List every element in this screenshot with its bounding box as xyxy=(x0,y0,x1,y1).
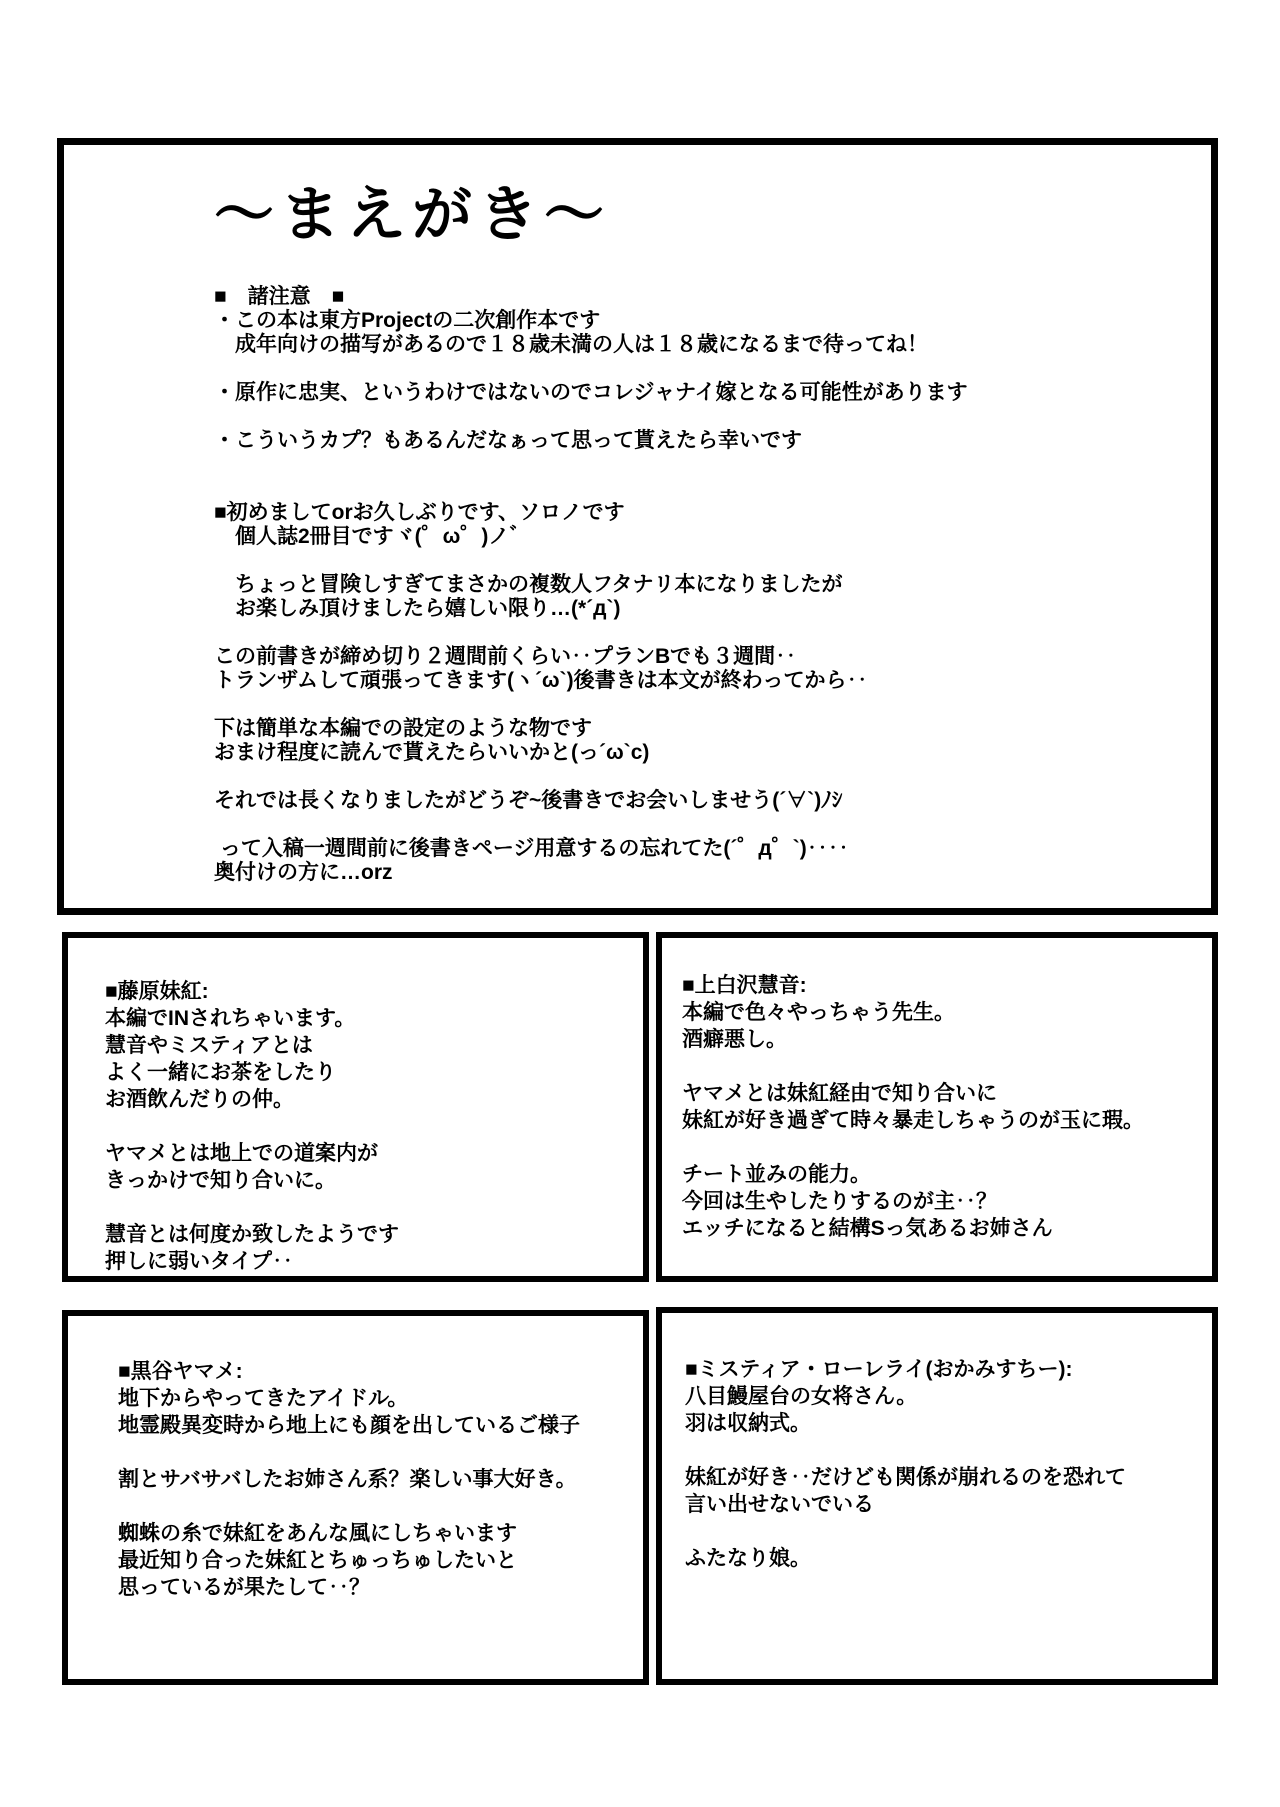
text-line: お酒飲んだりの仲。 xyxy=(105,1086,625,1113)
text-line: 妹紅が好き過ぎて時々暴走しちゃうのが玉に瑕。 xyxy=(682,1107,1196,1134)
text-line: ・この本は東方Projectの二次創作本です xyxy=(214,309,1181,333)
text-line: 慧音やミスティアとは xyxy=(105,1032,625,1059)
text-line xyxy=(105,1113,625,1140)
character-box-mystia: ■ミスティア・ローレライ(おかみすちー):八目鰻屋台の女将さん。羽は収納式。妹紅… xyxy=(656,1307,1218,1685)
character-text-yamame: ■黒谷ヤマメ:地下からやってきたアイドル。地霊殿異変時から地上にも顔を出している… xyxy=(118,1358,625,1601)
text-line: ■藤原妹紅: xyxy=(105,978,625,1005)
text-line: 個人誌2冊目ですヾ(゜ω゜)ノ゛ xyxy=(214,525,1181,549)
text-line: 最近知り合った妹紅とちゅっちゅしたいと xyxy=(118,1547,625,1574)
character-text-keine: ■上白沢慧音:本編で色々やっちゃう先生。酒癖悪し。ヤマメとは妹紅経由で知り合いに… xyxy=(682,972,1196,1242)
text-line: エッチになると結構Sっ気あるお姉さん xyxy=(682,1215,1196,1242)
text-line xyxy=(685,1437,1196,1464)
text-line xyxy=(214,477,1181,501)
text-line: ・こういうカプ？もあるんだなぁって思って貰えたら幸いです xyxy=(214,429,1181,453)
text-line xyxy=(214,549,1181,573)
text-line: それでは長くなりましたがどうぞ~後書きでお会いしませう(´∀`)ﾉｼ xyxy=(214,789,1181,813)
text-line xyxy=(214,453,1181,477)
text-line: ■ミスティア・ローレライ(おかみすちー): xyxy=(685,1356,1196,1383)
text-line: きっかけで知り合いに。 xyxy=(105,1167,625,1194)
character-text-mystia: ■ミスティア・ローレライ(おかみすちー):八目鰻屋台の女将さん。羽は収納式。妹紅… xyxy=(685,1356,1196,1572)
text-line: 地下からやってきたアイドル。 xyxy=(118,1385,625,1412)
preface-page: ～まえがき～ ■ 諸注意 ■・この本は東方Projectの二次創作本です 成年向… xyxy=(0,0,1280,1807)
text-line: 八目鰻屋台の女将さん。 xyxy=(685,1383,1196,1410)
character-text-mokou: ■藤原妹紅:本編でINされちゃいます。慧音やミスティアとはよく一緒にお茶をしたり… xyxy=(105,978,625,1275)
text-line xyxy=(214,765,1181,789)
text-line: 奥付けの方に…orz xyxy=(214,861,1181,885)
text-line: 押しに弱いタイプ‥ xyxy=(105,1248,625,1275)
text-line: 下は簡単な本編での設定のような物です xyxy=(214,717,1181,741)
text-line: この前書きが締め切り２週間前くらい‥プランBでも３週間‥ xyxy=(214,645,1181,669)
text-line xyxy=(214,693,1181,717)
text-line: 今回は生やしたりするのが主‥？ xyxy=(682,1188,1196,1215)
text-line: よく一緒にお茶をしたり xyxy=(105,1059,625,1086)
text-line: 割とサバサバしたお姉さん系？楽しい事大好き。 xyxy=(118,1466,625,1493)
text-line xyxy=(118,1439,625,1466)
text-line: 本編でINされちゃいます。 xyxy=(105,1005,625,1032)
text-line: 思っているが果たして‥？ xyxy=(118,1574,625,1601)
text-line: ■黒谷ヤマメ: xyxy=(118,1358,625,1385)
text-line: 慧音とは何度か致したようです xyxy=(105,1221,625,1248)
text-line: 酒癖悪し。 xyxy=(682,1026,1196,1053)
text-line: トランザムして頑張ってきます(ヽ´ω`)後書きは本文が終わってから‥ xyxy=(214,669,1181,693)
text-line: 成年向けの描写があるので１８歳未満の人は１８歳になるまで待ってね！ xyxy=(214,333,1181,357)
text-line: ■ 諸注意 ■ xyxy=(214,285,1181,309)
text-line: 蜘蛛の糸で妹紅をあんな風にしちゃいます xyxy=(118,1520,625,1547)
text-line: ■上白沢慧音: xyxy=(682,972,1196,999)
text-line: 地霊殿異変時から地上にも顔を出しているご様子 xyxy=(118,1412,625,1439)
character-box-yamame: ■黒谷ヤマメ:地下からやってきたアイドル。地霊殿異変時から地上にも顔を出している… xyxy=(62,1310,649,1685)
text-line xyxy=(682,1134,1196,1161)
text-line: ■初めましてorお久しぶりです、ソロノです xyxy=(214,501,1181,525)
text-line: 妹紅が好き‥だけども関係が崩れるのを恐れて xyxy=(685,1464,1196,1491)
text-line: 羽は収納式。 xyxy=(685,1410,1196,1437)
character-box-keine: ■上白沢慧音:本編で色々やっちゃう先生。酒癖悪し。ヤマメとは妹紅経由で知り合いに… xyxy=(656,932,1218,1282)
text-line: 言い出せないでいる xyxy=(685,1491,1196,1518)
text-line xyxy=(214,405,1181,429)
intro-text-block: ■ 諸注意 ■・この本は東方Projectの二次創作本です 成年向けの描写がある… xyxy=(214,285,1181,885)
text-line: 本編で色々やっちゃう先生。 xyxy=(682,999,1196,1026)
intro-box: ～まえがき～ ■ 諸注意 ■・この本は東方Projectの二次創作本です 成年向… xyxy=(57,138,1218,915)
text-line xyxy=(214,813,1181,837)
text-line xyxy=(118,1493,625,1520)
text-line xyxy=(105,1194,625,1221)
text-line: ヤマメとは妹紅経由で知り合いに xyxy=(682,1080,1196,1107)
text-line xyxy=(214,621,1181,645)
text-line: チート並みの能力。 xyxy=(682,1161,1196,1188)
text-line: おまけ程度に読んで貰えたらいいかと(っ´ω`c) xyxy=(214,741,1181,765)
page-title: ～まえがき～ xyxy=(214,183,1181,247)
text-line xyxy=(682,1053,1196,1080)
text-line: ・原作に忠実、というわけではないのでコレジャナイ嫁となる可能性があります xyxy=(214,381,1181,405)
text-line: ヤマメとは地上での道案内が xyxy=(105,1140,625,1167)
character-box-mokou: ■藤原妹紅:本編でINされちゃいます。慧音やミスティアとはよく一緒にお茶をしたり… xyxy=(62,932,649,1282)
text-line: お楽しみ頂けましたら嬉しい限り…(*´д`) xyxy=(214,597,1181,621)
text-line xyxy=(214,357,1181,381)
text-line: ちょっと冒険しすぎてまさかの複数人フタナリ本になりましたが xyxy=(214,573,1181,597)
text-line: ふたなり娘。 xyxy=(685,1545,1196,1572)
text-line: って入稿一週間前に後書きページ用意するの忘れてた(´゜д゜`)‥‥ xyxy=(214,837,1181,861)
text-line xyxy=(685,1518,1196,1545)
